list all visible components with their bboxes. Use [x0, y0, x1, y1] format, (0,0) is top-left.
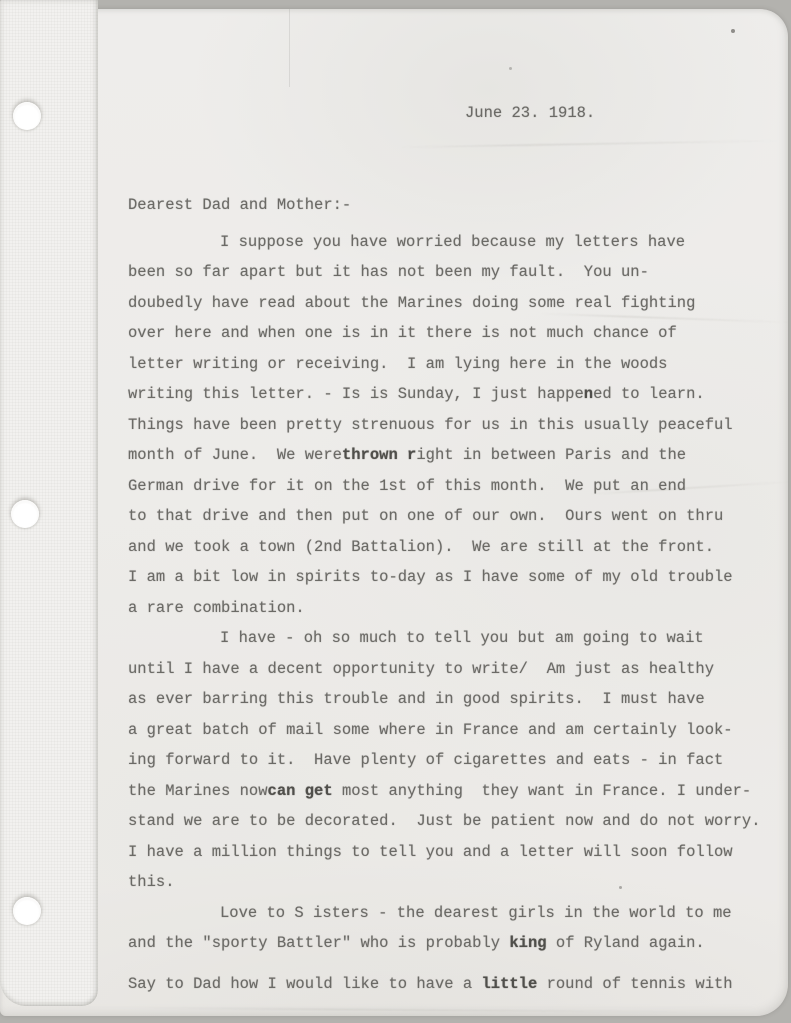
letter-line: writing this letter. - Is is Sunday, I j…: [128, 379, 788, 410]
binding-strip: [0, 0, 98, 1006]
paragraphs: I suppose you have worried because my le…: [128, 227, 788, 1000]
letter-line: until I have a decent opportunity to wri…: [128, 654, 788, 685]
letter-line: I suppose you have worried because my le…: [128, 227, 788, 258]
letter-line: been so far apart but it has not been my…: [128, 257, 788, 288]
letter-line: as ever barring this trouble and in good…: [128, 684, 788, 715]
paragraph: Love to S isters - the dearest girls in …: [128, 898, 788, 959]
letter-line: ing forward to it. Have plenty of cigare…: [128, 745, 788, 776]
letter-line: I have a million things to tell you and …: [128, 837, 788, 868]
letter-line: Love to S isters - the dearest girls in …: [128, 898, 788, 929]
letter-date: June 23. 1918.: [465, 104, 595, 122]
letter-line: stand we are to be decorated. Just be pa…: [128, 806, 788, 837]
scanned-letter-page: June 23. 1918. Dearest Dad and Mother:- …: [0, 0, 791, 1023]
letter-line: over here and when one is in it there is…: [128, 318, 788, 349]
letter-body: Dearest Dad and Mother:- I suppose you h…: [128, 190, 788, 999]
paper-crease: [400, 140, 780, 149]
letter-line: Things have been pretty strenuous for us…: [128, 410, 788, 441]
paper-crease: [289, 9, 290, 87]
letter-line: the Marines nowcan get most anything the…: [128, 776, 788, 807]
letter-line: a great batch of mail some where in Fran…: [128, 715, 788, 746]
letter-line: this.: [128, 867, 788, 898]
letter-line: and the "sporty Battler" who is probably…: [128, 928, 788, 959]
paper-speck: [731, 29, 735, 33]
letter-line: letter writing or receiving. I am lying …: [128, 349, 788, 380]
paper-speck: [509, 67, 512, 70]
letter-line: doubedly have read about the Marines doi…: [128, 288, 788, 319]
paragraph: I suppose you have worried because my le…: [128, 227, 788, 624]
letter-line: and we took a town (2nd Battalion). We a…: [128, 532, 788, 563]
salutation: Dearest Dad and Mother:-: [128, 190, 788, 221]
punch-hole: [13, 897, 41, 925]
punch-hole: [11, 500, 39, 528]
paper-crease: [140, 1007, 700, 1013]
letter-line: I am a bit low in spirits to-day as I ha…: [128, 562, 788, 593]
letter-line: month of June. We werethrown right in be…: [128, 440, 788, 471]
letter-line: German drive for it on the 1st of this m…: [128, 471, 788, 502]
letter-line: a rare combination.: [128, 593, 788, 624]
letter-line: Say to Dad how I would like to have a li…: [128, 969, 788, 1000]
letter-line: I have - oh so much to tell you but am g…: [128, 623, 788, 654]
paragraph: Say to Dad how I would like to have a li…: [128, 969, 788, 1000]
paragraph: I have - oh so much to tell you but am g…: [128, 623, 788, 898]
punch-hole: [13, 102, 41, 130]
letter-line: to that drive and then put on one of our…: [128, 501, 788, 532]
